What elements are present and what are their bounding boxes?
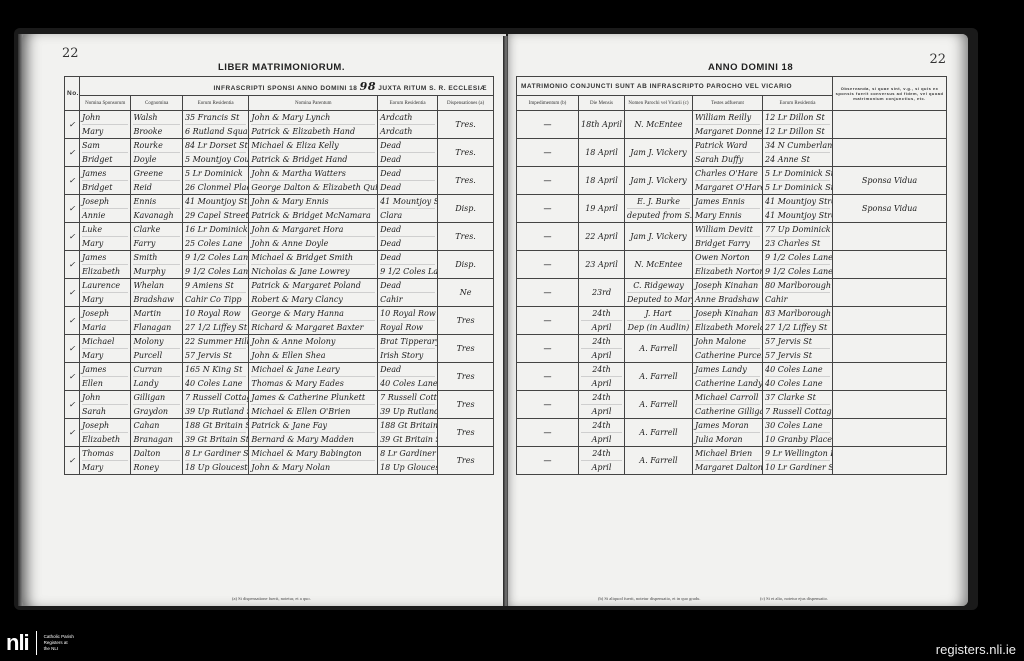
spouse-surnames: DaltonRoney	[131, 447, 182, 475]
marriage-entry-row: ✓JosephElizabethCahanBranagan188 Gt Brit…	[65, 419, 494, 447]
impediment: —	[517, 251, 579, 279]
spouse-first-names: LukeMary	[80, 223, 131, 251]
impediment: —	[517, 391, 579, 419]
witness-residence: 5 Lr Dominick St5 Lr Dominick St	[763, 167, 833, 195]
spouse-surnames: GilliganGraydon	[131, 391, 182, 419]
parents-residence: 7 Russell Cottages39 Up Rutland St	[378, 391, 438, 419]
spouse-residence: 35 Francis St6 Rutland Square	[182, 111, 248, 139]
marriage-register-table-left: No. INFRASCRIPTI SPONSI ANNO DOMINI 18 9…	[64, 76, 494, 475]
parents-names: John & Anne MolonyJohn & Ellen Shea	[249, 335, 378, 363]
remarks	[833, 223, 947, 251]
remarks	[833, 307, 947, 335]
spouse-residence: 165 N King St40 Coles Lane	[182, 363, 248, 391]
spouse-first-names: JamesElizabeth	[80, 251, 131, 279]
officiating-priest: A. Farrell	[625, 447, 693, 475]
remarks	[833, 447, 947, 475]
entry-check-mark: ✓	[65, 335, 80, 363]
parents-residence: ArdcathArdcath	[378, 111, 438, 139]
entry-check-mark: ✓	[65, 223, 80, 251]
spouse-surnames: WhelanBradshaw	[131, 279, 182, 307]
nli-logo-mark: nli	[6, 630, 29, 656]
spouse-first-names: LaurenceMary	[80, 279, 131, 307]
entry-check-mark: ✓	[65, 195, 80, 223]
left-column-header: Nomina Sponsorum	[80, 96, 131, 111]
marriage-date: 18 April	[579, 167, 625, 195]
marriage-detail-row: —24thAprilA. FarrellMichael BrienMargare…	[517, 447, 947, 475]
entry-check-mark: ✓	[65, 391, 80, 419]
parents-residence: 188 Gt Britain St39 Gt Britain St	[378, 419, 438, 447]
officiating-priest: Jam J. Vickery	[625, 223, 693, 251]
marriage-entry-row: ✓ThomasMaryDaltonRoney8 Lr Gardiner St18…	[65, 447, 494, 475]
spouse-first-names: ThomasMary	[80, 447, 131, 475]
parents-residence: DeadDead	[378, 223, 438, 251]
dispensation: Disp.	[438, 251, 494, 279]
witnesses: James LandyCatherine Landy	[693, 363, 763, 391]
spouse-surnames: CahanBranagan	[131, 419, 182, 447]
parents-names: Patrick & Margaret PolandRobert & Mary C…	[249, 279, 378, 307]
marriage-detail-row: —24thAprilA. FarrellJames LandyCatherine…	[517, 363, 947, 391]
impediment: —	[517, 363, 579, 391]
parents-residence: 8 Lr Gardiner St18 Up Gloucester Place	[378, 447, 438, 475]
parents-residence: DeadCahir	[378, 279, 438, 307]
witnesses: Michael CarrollCatherine Gilligan	[693, 391, 763, 419]
marriage-entry-row: ✓JohnMaryWalshBrooke35 Francis St6 Rutla…	[65, 111, 494, 139]
spouse-first-names: JohnSarah	[80, 391, 131, 419]
witness-residence: 34 N Cumberland St24 Anne St	[763, 139, 833, 167]
remarks	[833, 419, 947, 447]
nli-logo[interactable]: nli Catholic Parish Registers at the NLI	[6, 630, 74, 656]
witnesses: James EnnisMary Ennis	[693, 195, 763, 223]
witnesses: Charles O'HareMargaret O'Hare	[693, 167, 763, 195]
marriage-detail-row: —23rdC. RidgewayDeputed to MaryJoseph Ki…	[517, 279, 947, 307]
marriage-date: 22 April	[579, 223, 625, 251]
marriage-detail-row: —18th AprilN. McEnteeWilliam ReillyMarga…	[517, 111, 947, 139]
marriage-detail-row: —22 AprilJam J. VickeryWilliam DevittBri…	[517, 223, 947, 251]
right-footnote-c: (c) Si et alio, notetur ejus dispensatio…	[760, 596, 828, 601]
spouse-surnames: MartinFlanagan	[131, 307, 182, 335]
marriage-entry-row: ✓JamesElizabethSmithMurphy9 1/2 Coles La…	[65, 251, 494, 279]
spouse-first-names: MichaelMary	[80, 335, 131, 363]
witnesses: Owen NortonElizabeth Norton	[693, 251, 763, 279]
marriage-detail-row: —24thAprilA. FarrellMichael CarrollCathe…	[517, 391, 947, 419]
marriage-date: 24thApril	[579, 391, 625, 419]
witness-residence: 41 Mountjoy Street41 Mountjoy Street	[763, 195, 833, 223]
parents-names: Michael & Bridget SmithNicholas & Jane L…	[249, 251, 378, 279]
remarks	[833, 335, 947, 363]
right-footnote-b: (b) Si aliquod fuerit, notetur dispensat…	[598, 596, 700, 601]
marriage-date: 19 April	[579, 195, 625, 223]
no-column-header: No.	[65, 77, 80, 111]
dispensation: Tres.	[438, 167, 494, 195]
witness-residence: 80 MarlboroughCahir	[763, 279, 833, 307]
spouse-surnames: CurranLandy	[131, 363, 182, 391]
right-page: 22 ANNO DOMINI 18 MATRIMONIO CONJUNCTI S…	[508, 34, 968, 606]
entry-check-mark: ✓	[65, 363, 80, 391]
witness-residence: 9 Lr Wellington Lane10 Lr Gardiner St	[763, 447, 833, 475]
spouse-first-names: JosephAnnie	[80, 195, 131, 223]
officiating-priest: E. J. Burkedeputed from S. Dominic	[625, 195, 693, 223]
witnesses: Joseph KinahanAnne Bradshaw	[693, 279, 763, 307]
spouse-surnames: WalshBrooke	[131, 111, 182, 139]
marriage-date: 23 April	[579, 251, 625, 279]
spouse-residence: 16 Lr Dominick St25 Coles Lane	[182, 223, 248, 251]
witness-residence: 37 Clarke St7 Russell Cottages	[763, 391, 833, 419]
entry-check-mark: ✓	[65, 279, 80, 307]
remarks	[833, 111, 947, 139]
witnesses: James MoranJulia Moran	[693, 419, 763, 447]
parents-names: Michael & Mary BabingtonJohn & Mary Nola…	[249, 447, 378, 475]
officiating-priest: A. Farrell	[625, 363, 693, 391]
marriage-detail-row: —18 AprilJam J. VickeryCharles O'HareMar…	[517, 167, 947, 195]
officiating-priest: Jam J. Vickery	[625, 167, 693, 195]
officiating-priest: A. Farrell	[625, 335, 693, 363]
dispensation: Tres	[438, 447, 494, 475]
entry-check-mark: ✓	[65, 307, 80, 335]
right-column-header: Testes adfuerunt	[693, 96, 763, 111]
spouse-residence: 7 Russell Cottages39 Up Rutland St	[182, 391, 248, 419]
witnesses: William DevittBridget Farry	[693, 223, 763, 251]
entry-check-mark: ✓	[65, 447, 80, 475]
remarks: Sponsa Vidua	[833, 195, 947, 223]
spouse-first-names: SamBridget	[80, 139, 131, 167]
left-page-number: 22	[62, 46, 79, 61]
remarks: Sponsa Vidua	[833, 167, 947, 195]
parents-residence: 10 Royal RowRoyal Row	[378, 307, 438, 335]
left-column-header: Nomina Parentum	[249, 96, 378, 111]
witnesses: William ReillyMargaret Donnelly	[693, 111, 763, 139]
marriage-date: 24thApril	[579, 447, 625, 475]
left-footnote: (a) Si dispensatione fuerit, notetur, et…	[232, 596, 311, 601]
remarks-column-header: Observanda, si quae sint, v.g., si quis …	[833, 77, 947, 111]
witness-residence: 83 Marlborough St27 1/2 Liffey St	[763, 307, 833, 335]
dispensation: Disp.	[438, 195, 494, 223]
right-column-header: Impedimentum (b)	[517, 96, 579, 111]
marriage-detail-row: —18 AprilJam J. VickeryPatrick WardSarah…	[517, 139, 947, 167]
officiating-priest: Jam J. Vickery	[625, 139, 693, 167]
spouse-surnames: MolonyPurcell	[131, 335, 182, 363]
witness-residence: 9 1/2 Coles Lane9 1/2 Coles Lane	[763, 251, 833, 279]
impediment: —	[517, 419, 579, 447]
parents-residence: DeadDead	[378, 139, 438, 167]
impediment: —	[517, 447, 579, 475]
left-banner: INFRASCRIPTI SPONSI ANNO DOMINI 18 98 JU…	[80, 77, 494, 96]
spouse-surnames: EnnisKavanagh	[131, 195, 182, 223]
marriage-entry-row: ✓JosephMariaMartinFlanagan10 Royal Row27…	[65, 307, 494, 335]
impediment: —	[517, 111, 579, 139]
parents-residence: DeadDead	[378, 167, 438, 195]
remarks	[833, 139, 947, 167]
parents-residence: Dead40 Coles Lane	[378, 363, 438, 391]
site-url-link[interactable]: registers.nli.ie	[936, 642, 1016, 657]
spouse-residence: 22 Summer Hill57 Jervis St	[182, 335, 248, 363]
right-column-header: Nomen Parochi vel Vicarii (c)	[625, 96, 693, 111]
witnesses: John MaloneCatherine Purcell	[693, 335, 763, 363]
parents-names: George & Mary HannaRichard & Margaret Ba…	[249, 307, 378, 335]
marriage-entry-row: ✓LaurenceMaryWhelanBradshaw9 Amiens StCa…	[65, 279, 494, 307]
parents-names: James & Catherine PlunkettMichael & Elle…	[249, 391, 378, 419]
parents-names: Patrick & Jane FayBernard & Mary Madden	[249, 419, 378, 447]
right-column-header: Eorum Residentia	[763, 96, 833, 111]
spouse-first-names: JosephMaria	[80, 307, 131, 335]
dispensation: Tres	[438, 335, 494, 363]
marriage-detail-row: —19 AprilE. J. Burkedeputed from S. Domi…	[517, 195, 947, 223]
right-page-number: 22	[929, 52, 946, 67]
marriage-entry-row: ✓JamesEllenCurranLandy165 N King St40 Co…	[65, 363, 494, 391]
nli-logo-text: Catholic Parish Registers at the NLI	[44, 634, 74, 652]
impediment: —	[517, 335, 579, 363]
parents-residence: Dead9 1/2 Coles Lane	[378, 251, 438, 279]
entry-check-mark: ✓	[65, 167, 80, 195]
marriage-detail-row: —24thAprilA. FarrellJames MoranJulia Mor…	[517, 419, 947, 447]
remarks	[833, 279, 947, 307]
officiating-priest: N. McEntee	[625, 111, 693, 139]
left-column-header: Eorum Residentia	[378, 96, 438, 111]
entry-check-mark: ✓	[65, 419, 80, 447]
marriage-date: 24thApril	[579, 363, 625, 391]
dispensation: Tres	[438, 363, 494, 391]
dispensation: Tres	[438, 307, 494, 335]
impediment: —	[517, 279, 579, 307]
spouse-surnames: RourkeDoyle	[131, 139, 182, 167]
witnesses: Michael BrienMargaret Dalton	[693, 447, 763, 475]
parents-names: John & Mary EnnisPatrick & Bridget McNam…	[249, 195, 378, 223]
remarks	[833, 391, 947, 419]
spouse-surnames: SmithMurphy	[131, 251, 182, 279]
right-banner: MATRIMONIO CONJUNCTI SUNT AB INFRASCRIPT…	[517, 77, 833, 96]
spouse-residence: 9 1/2 Coles Lane9 1/2 Coles Lane	[182, 251, 248, 279]
dispensation: Ne	[438, 279, 494, 307]
witness-residence: 12 Lr Dillon St12 Lr Dillon St	[763, 111, 833, 139]
remarks	[833, 363, 947, 391]
handwritten-year: 98	[360, 80, 376, 93]
marriage-date: 23rd	[579, 279, 625, 307]
logo-divider	[36, 631, 37, 655]
marriage-entry-row: ✓LukeMaryClarkeFarry16 Lr Dominick St25 …	[65, 223, 494, 251]
marriage-entry-row: ✓SamBridgetRourkeDoyle84 Lr Dorset St5 M…	[65, 139, 494, 167]
marriage-date: 18 April	[579, 139, 625, 167]
parents-names: John & Margaret HoraJohn & Anne Doyle	[249, 223, 378, 251]
marriage-entry-row: ✓JosephAnnieEnnisKavanagh41 Mountjoy Str…	[65, 195, 494, 223]
spouse-residence: 10 Royal Row27 1/2 Liffey St	[182, 307, 248, 335]
entry-check-mark: ✓	[65, 111, 80, 139]
dispensation: Tres	[438, 391, 494, 419]
spouse-first-names: JohnMary	[80, 111, 131, 139]
witness-residence: 30 Coles Lane10 Granby Place	[763, 419, 833, 447]
parents-residence: Brat TipperaryIrish Story	[378, 335, 438, 363]
entry-check-mark: ✓	[65, 251, 80, 279]
marriage-register-table-right: MATRIMONIO CONJUNCTI SUNT AB INFRASCRIPT…	[516, 76, 947, 475]
dispensation: Tres.	[438, 223, 494, 251]
spouse-residence: 8 Lr Gardiner St18 Up Gloucester Place	[182, 447, 248, 475]
spouse-first-names: JamesEllen	[80, 363, 131, 391]
parents-residence: 41 Mountjoy StreetClara	[378, 195, 438, 223]
officiating-priest: C. RidgewayDeputed to Mary	[625, 279, 693, 307]
impediment: —	[517, 195, 579, 223]
officiating-priest: A. Farrell	[625, 419, 693, 447]
dispensation: Tres.	[438, 139, 494, 167]
marriage-date: 18th April	[579, 111, 625, 139]
left-column-header: Cognomina	[131, 96, 182, 111]
spouse-residence: 9 Amiens StCahir Co Tipp	[182, 279, 248, 307]
impediment: —	[517, 307, 579, 335]
dispensation: Tres	[438, 419, 494, 447]
marriage-date: 24thApril	[579, 335, 625, 363]
parents-names: John & Mary LynchPatrick & Elizabeth Han…	[249, 111, 378, 139]
left-column-header: Dispensationes (a)	[438, 96, 494, 111]
witness-residence: 77 Up Dominick St23 Charles St	[763, 223, 833, 251]
left-page-title: LIBER MATRIMONIORUM.	[218, 62, 345, 73]
officiating-priest: N. McEntee	[625, 251, 693, 279]
marriage-detail-row: —23 AprilN. McEnteeOwen NortonElizabeth …	[517, 251, 947, 279]
left-page: 22 LIBER MATRIMONIORUM. No. INFRASCRIPTI…	[22, 34, 506, 606]
marriage-detail-row: —24thAprilA. FarrellJohn MaloneCatherine…	[517, 335, 947, 363]
spouse-surnames: GreeneReid	[131, 167, 182, 195]
impediment: —	[517, 139, 579, 167]
witness-residence: 40 Coles Lane40 Coles Lane	[763, 363, 833, 391]
witness-residence: 57 Jervis St57 Jervis St	[763, 335, 833, 363]
spouse-residence: 188 Gt Britain St39 Gt Britain St	[182, 419, 248, 447]
officiating-priest: A. Farrell	[625, 391, 693, 419]
parents-names: Michael & Jane LearyThomas & Mary Eades	[249, 363, 378, 391]
impediment: —	[517, 223, 579, 251]
right-column-header: Die Mensis	[579, 96, 625, 111]
marriage-entry-row: ✓JamesBridgetGreeneReid5 Lr Dominick26 C…	[65, 167, 494, 195]
witnesses: Joseph KinahanElizabeth Moreland	[693, 307, 763, 335]
spouse-first-names: JosephElizabeth	[80, 419, 131, 447]
marriage-entry-row: ✓MichaelMaryMolonyPurcell22 Summer Hill5…	[65, 335, 494, 363]
parents-names: John & Martha WattersGeorge Dalton & Eli…	[249, 167, 378, 195]
spouse-surnames: ClarkeFarry	[131, 223, 182, 251]
right-page-title: ANNO DOMINI 18	[708, 62, 793, 73]
marriage-entry-row: ✓JohnSarahGilliganGraydon7 Russell Cotta…	[65, 391, 494, 419]
remarks	[833, 251, 947, 279]
spouse-first-names: JamesBridget	[80, 167, 131, 195]
witnesses: Patrick WardSarah Duffy	[693, 139, 763, 167]
parents-names: Michael & Eliza KellyPatrick & Bridget H…	[249, 139, 378, 167]
spouse-residence: 5 Lr Dominick26 Clonmel Place	[182, 167, 248, 195]
spouse-residence: 84 Lr Dorset St5 Mountjoy Court	[182, 139, 248, 167]
marriage-date: 24thApril	[579, 307, 625, 335]
officiating-priest: J. HartDep (in Audlin)	[625, 307, 693, 335]
dispensation: Tres.	[438, 111, 494, 139]
entry-check-mark: ✓	[65, 139, 80, 167]
impediment: —	[517, 167, 579, 195]
left-column-header: Eorum Residentia	[182, 96, 248, 111]
marriage-detail-row: —24thAprilJ. HartDep (in Audlin)Joseph K…	[517, 307, 947, 335]
marriage-date: 24thApril	[579, 419, 625, 447]
spouse-residence: 41 Mountjoy Street29 Capel Street	[182, 195, 248, 223]
